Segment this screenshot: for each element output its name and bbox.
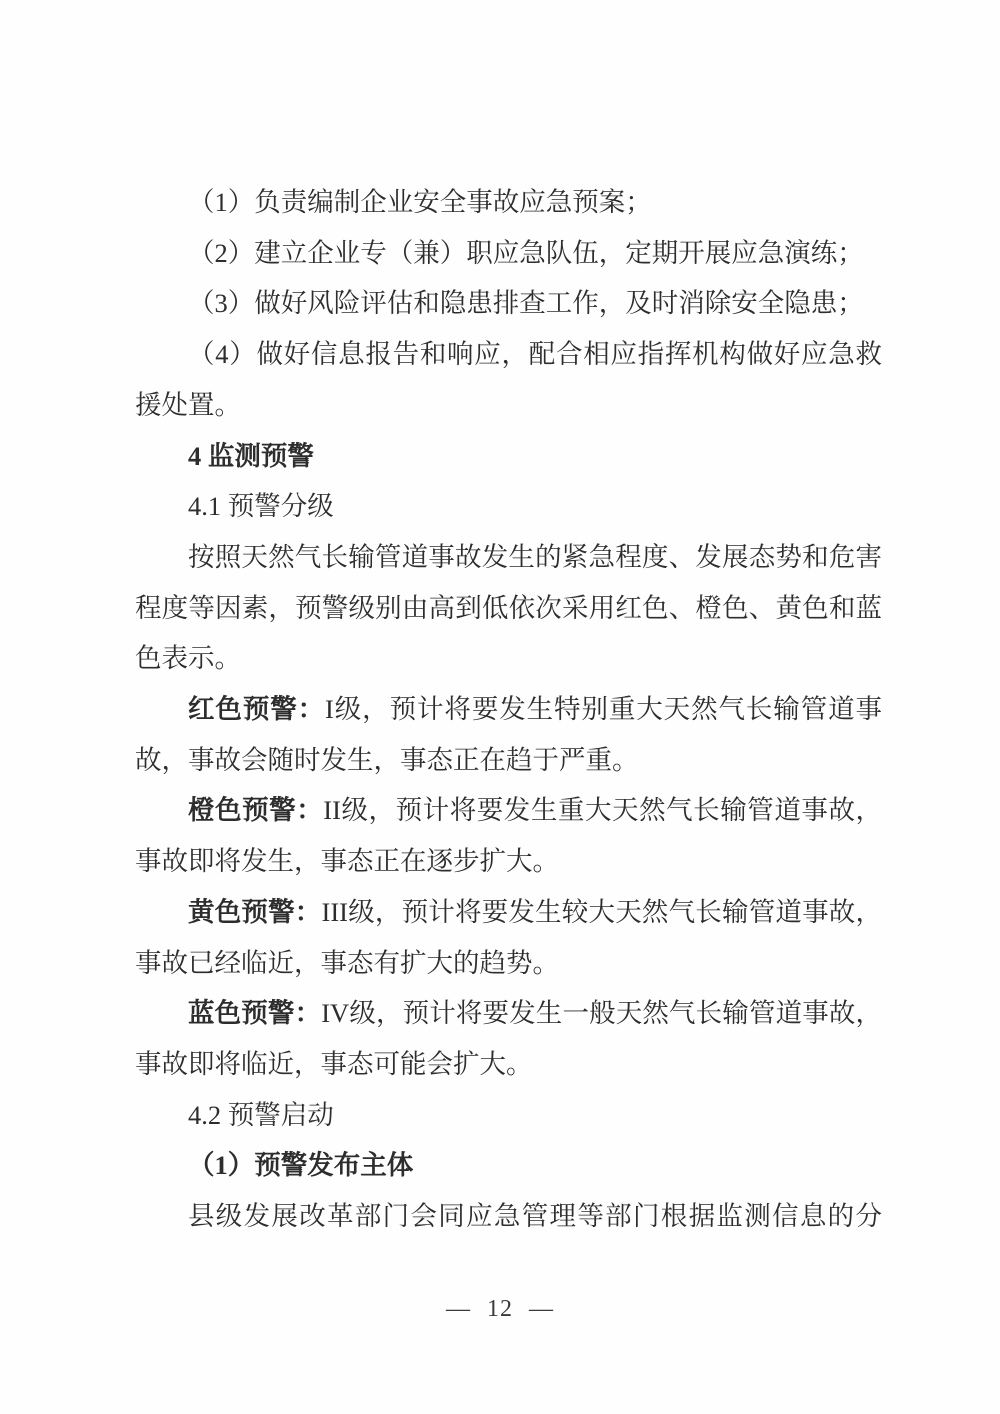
para-warning-publisher: 县级发展改革部门会同应急管理等部门根据监测信息的分 bbox=[135, 1191, 882, 1242]
section-heading-monitoring-warning: 4 监测预警 bbox=[135, 431, 882, 482]
alert-yellow-lead: 黄色预警： bbox=[188, 897, 322, 927]
item-heading-warning-publisher: （1）预警发布主体 bbox=[135, 1140, 882, 1191]
page-footer: —12— bbox=[0, 1296, 1000, 1323]
alert-orange-lead: 橙色预警： bbox=[188, 795, 323, 825]
alert-yellow-paragraph: 黄色预警：III级，预计将要发生较大天然气长输管道事故，事故已经临近，事态有扩大… bbox=[135, 887, 882, 988]
numbered-item-1: （1）负责编制企业安全事故应急预案； bbox=[135, 177, 882, 228]
numbered-item-4: （4）做好信息报告和响应，配合相应指挥机构做好应急救援处置。 bbox=[135, 329, 882, 430]
subsection-heading-4-2: 4.2 预警启动 bbox=[135, 1090, 882, 1141]
numbered-item-2: （2）建立企业专（兼）职应急队伍，定期开展应急演练； bbox=[135, 228, 882, 279]
numbered-item-3: （3）做好风险评估和隐患排查工作，及时消除安全隐患； bbox=[135, 278, 882, 329]
alert-red-paragraph: 红色预警：I级，预计将要发生特别重大天然气长输管道事故，事故会随时发生，事态正在… bbox=[135, 684, 882, 785]
alert-blue-paragraph: 蓝色预警：IV级，预计将要发生一般天然气长输管道事故，事故即将临近，事态可能会扩… bbox=[135, 988, 882, 1089]
footer-page-number: 12 bbox=[487, 1296, 513, 1322]
para-warning-level-classification: 按照天然气长输管道事故发生的紧急程度、发展态势和危害程度等因素，预警级别由高到低… bbox=[135, 532, 882, 684]
footer-dash-right: — bbox=[529, 1296, 554, 1322]
footer-dash-left: — bbox=[446, 1296, 471, 1322]
alert-orange-paragraph: 橙色预警：II级，预计将要发生重大天然气长输管道事故，事故即将发生，事态正在逐步… bbox=[135, 785, 882, 886]
page-content: （1）负责编制企业安全事故应急预案； （2）建立企业专（兼）职应急队伍，定期开展… bbox=[135, 177, 882, 1242]
document-page: （1）负责编制企业安全事故应急预案； （2）建立企业专（兼）职应急队伍，定期开展… bbox=[0, 0, 1000, 1414]
alert-blue-lead: 蓝色预警： bbox=[188, 998, 321, 1028]
subsection-heading-4-1: 4.1 预警分级 bbox=[135, 481, 882, 532]
alert-red-lead: 红色预警： bbox=[188, 694, 325, 724]
